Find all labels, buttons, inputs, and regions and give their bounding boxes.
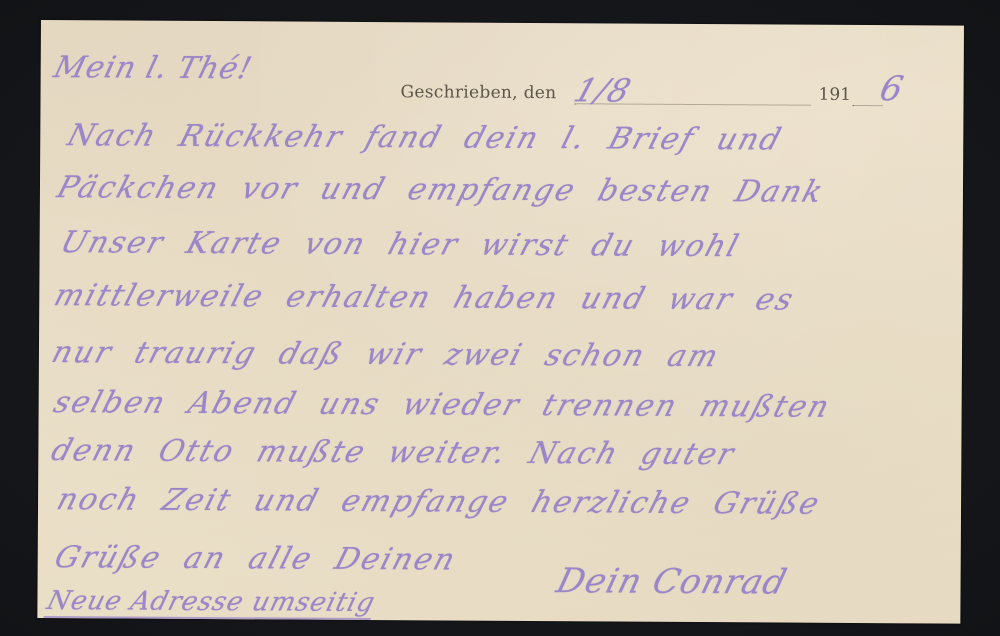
salutation: Mein l. Thé!: [50, 50, 256, 86]
letter-line-6: selben Abend uns wieder trennen mußten: [50, 385, 950, 425]
letter-line-5: nur traurig daß wir zwei schon am: [48, 335, 948, 375]
letter-line-3: Unser Karte von hier wirst du wohl: [57, 225, 957, 265]
letter-line-8: noch Zeit und empfange herzliche Grüße: [53, 482, 953, 522]
letter-line-4: mittlerweile erhalten haben und war es: [50, 278, 950, 318]
signature: Dein Conrad: [552, 561, 791, 602]
letter-line-9: Grüße an alle Deinen: [51, 540, 951, 580]
letter-line-1: Nach Rückkehr fand dein l. Brief und: [63, 118, 963, 158]
letter-line-7: denn Otto mußte weiter. Nach guter: [47, 433, 947, 473]
printed-written-label: Geschrieben, den: [401, 82, 557, 103]
printed-year-prefix: 191: [818, 85, 851, 105]
postscript-underlined: Neue Adresse umseitig: [43, 586, 378, 620]
postcard: Geschrieben, den 191 1/8 6 Mein l. Thé! …: [37, 20, 964, 624]
letter-line-2: Päckchen vor und empfange besten Dank: [53, 170, 953, 210]
printed-date-header: Geschrieben, den 191: [400, 80, 910, 113]
